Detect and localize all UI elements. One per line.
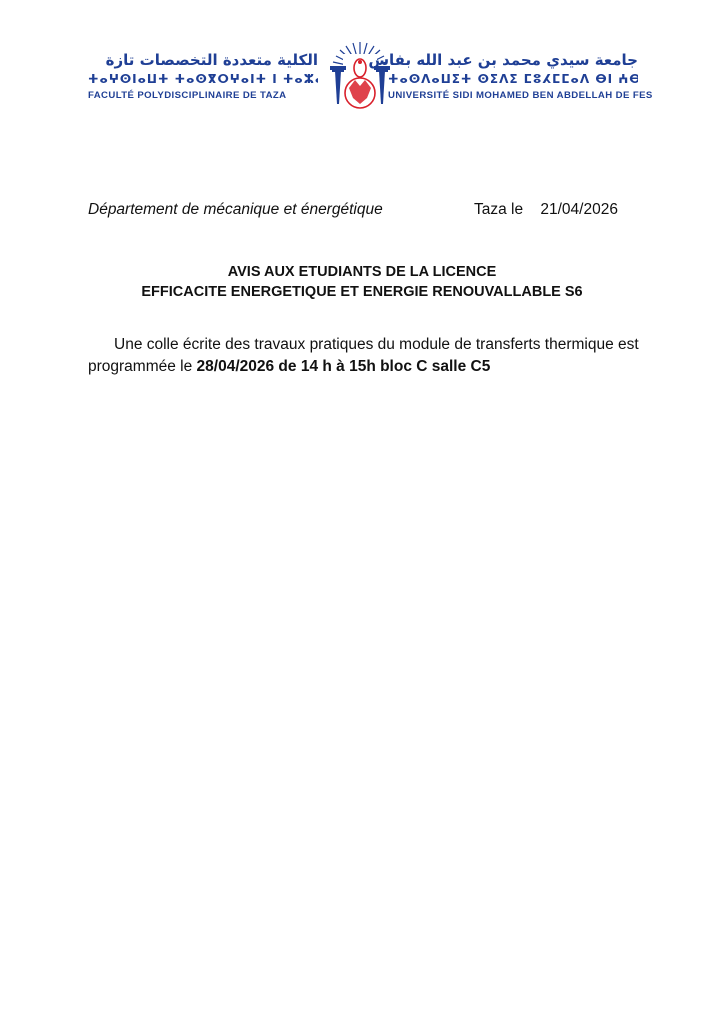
notice-body: Une colle écrite des travaux pratiques d… (88, 334, 648, 378)
faculty-name-tifinagh: ⵜⴰⵖⵙⵏⴰⵡⵜ ⵜⴰⵙⴳⵔⵖⴰⵏⵜ ⵏ ⵜⴰⵣⴰ (88, 70, 318, 88)
document-date: 21/04/2026 (540, 201, 618, 218)
university-name-block: جامعة سيدي محمد بن عبد الله بفاس ⵜⴰⵙⴷⴰⵡⵉ… (388, 50, 638, 104)
notice-title-line-1: AVIS AUX ETUDIANTS DE LA LICENCE (0, 262, 724, 282)
letterhead: الكلية متعددة التخصصات تازة ⵜⴰⵖⵙⵏⴰⵡⵜ ⵜⴰⵙ… (0, 40, 724, 118)
faculty-name-latin: FACULTÉ POLYDISCIPLINAIRE DE TAZA (88, 88, 318, 104)
university-name-arabic: جامعة سيدي محمد بن عبد الله بفاس (388, 50, 638, 70)
department-name: Département de mécanique et énergétique (88, 201, 383, 219)
university-name-tifinagh: ⵜⴰⵙⴷⴰⵡⵉⵜ ⵙⵉⴷⵉ ⵎⵓⵃⵎⵎⴰⴷ ⴱⵏ ⵄⴱⴷⵍⵍⴰⵀ ⵏ ⴼⴰⵙ (388, 70, 638, 88)
faculty-name-arabic: الكلية متعددة التخصصات تازة (88, 50, 318, 70)
place-label: Taza le (474, 201, 523, 218)
university-name-latin: UNIVERSITÉ SIDI MOHAMED BEN ABDELLAH DE … (388, 88, 638, 104)
notice-schedule: 28/04/2026 de 14 h à 15h bloc C salle C5 (197, 358, 491, 375)
faculty-name-block: الكلية متعددة التخصصات تازة ⵜⴰⵖⵙⵏⴰⵡⵜ ⵜⴰⵙ… (88, 50, 318, 104)
notice-title-line-2: EFFICACITE ENERGETIQUE ET ENERGIE RENOUV… (0, 282, 724, 302)
place-date: Taza le 21/04/2026 (474, 201, 618, 219)
notice-title: AVIS AUX ETUDIANTS DE LA LICENCE EFFICAC… (0, 262, 724, 302)
